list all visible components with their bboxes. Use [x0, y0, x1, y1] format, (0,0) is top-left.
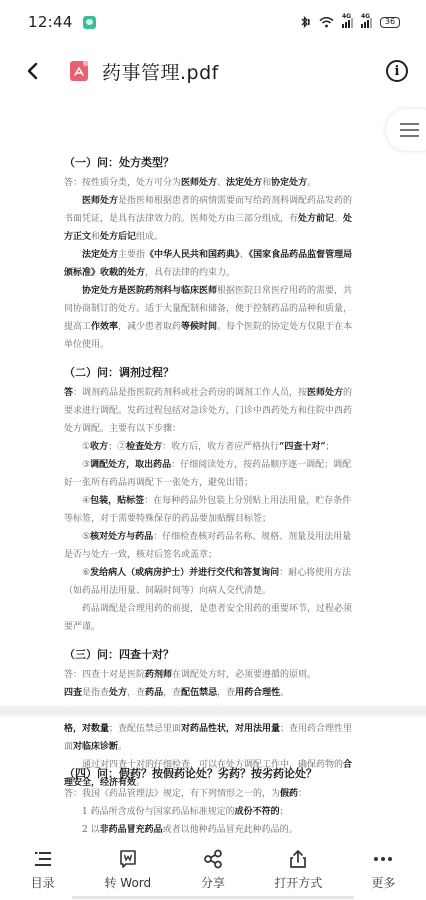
menu-icon	[400, 123, 419, 125]
paragraph: 答：按性质分类，处方可分为医师处方、法定处方和协定处方。	[64, 174, 360, 192]
bluetooth-icon	[299, 16, 311, 28]
cellular-signal-2-icon: 4G	[361, 16, 372, 28]
open-with-button[interactable]: 打开方式	[256, 842, 341, 900]
paragraph: 1 药品所含成份与国家药品标准规定的成份不符的；	[64, 803, 360, 821]
paragraph: 法定处方主要指《中华人民共和国药典》、《国家食品药品监督管理局颁标准》收载的处方…	[64, 246, 360, 282]
more-button[interactable]: 更多	[341, 842, 426, 900]
paragraph: 协定处方是医院药剂科与临床医师根据医院日常医疗用药的需要，共同协商制订的处方。适…	[64, 282, 360, 354]
open-with-icon	[289, 849, 307, 869]
share-label: 分享	[201, 874, 225, 891]
info-button[interactable]: i	[386, 60, 408, 82]
paragraph: ⑥发给病人（或病房护士）并进行交代和答复询问：耐心将使用方法（如药品用法用量、间…	[64, 564, 360, 600]
section-heading: （二）问：调剂过程？	[64, 364, 360, 382]
toc-label: 目录	[31, 874, 55, 891]
status-time: 12:44	[28, 13, 73, 31]
section-heading: （三）问：四查十对？	[64, 646, 360, 664]
back-button[interactable]	[12, 51, 52, 91]
pdf-file-icon	[70, 61, 88, 81]
paragraph: 答：四查十对是医院药剂师在调配处方时，必须要遵循的原则。	[64, 666, 360, 684]
status-icons: 4G 4G 36	[299, 16, 400, 28]
back-arrow-icon	[26, 62, 38, 80]
wifi-icon	[319, 16, 334, 28]
paragraph: 2 以非药品冒充药品或者以他种药品冒充此种药品的。	[64, 821, 360, 839]
page-separator	[0, 705, 426, 717]
convert-word-label: 转 Word	[104, 874, 151, 891]
more-icon	[373, 856, 393, 862]
paragraph: 药品调配是合理用药的前提，是患者安全用药的重要环节，过程必须要严谨。	[64, 600, 360, 636]
paragraph: ④包装，贴标签：在每种药品外包装上分别贴上用法用量，贮存条件等标签，对于需要特殊…	[64, 492, 360, 528]
app-notification-icon	[83, 16, 96, 29]
open-with-label: 打开方式	[274, 874, 322, 891]
section-heading: （一）问：处方类型？	[64, 154, 360, 172]
info-icon: i	[395, 64, 400, 79]
toc-button[interactable]: 目录	[0, 842, 85, 900]
paragraph: ③调配处方，取出药品：仔细阅读处方，按药品顺序逐一调配；调配好一张所有药品再调配…	[64, 456, 360, 492]
share-button[interactable]: 分享	[170, 842, 255, 900]
paragraph: 答：调剂药品是指医院药剂科或社会药房的调剂工作人员，按医师处方的要求进行调配。发…	[64, 384, 360, 438]
cellular-signal-1-icon: 4G	[342, 16, 353, 28]
paragraph: 答：我国《药品管理法》规定，有下列情形之一的，为假药：	[64, 785, 360, 803]
pdf-page-1: （一）问：处方类型？答：按性质分类，处方可分为医师处方、法定处方和协定处方。医师…	[64, 154, 360, 792]
toc-icon	[34, 851, 52, 867]
convert-word-button[interactable]: 转 Word	[85, 842, 170, 900]
word-icon	[119, 849, 137, 869]
app-bar: 药事管理.pdf i	[0, 44, 426, 98]
section-heading: （四）问：假药？按假药论处？劣药？按劣药论处？	[64, 765, 360, 783]
status-bar: 12:44 4G 4G 36	[0, 0, 426, 44]
battery-indicator: 36	[380, 17, 400, 28]
more-label: 更多	[371, 874, 395, 891]
floating-menu-button[interactable]	[385, 108, 426, 152]
paragraph: ①收方；②检查处方：收方后，收方者应严格执行“四查十对”；	[64, 438, 360, 456]
home-indicator	[72, 896, 354, 899]
paragraph: ⑤核对处方与药品：仔细检查核对药品名称、规格、剂量及用法用量是否与处方一致，核对…	[64, 528, 360, 564]
document-title: 药事管理.pdf	[102, 58, 219, 85]
paragraph: 医师处方是指医师根据患者的病情需要而写给药剂科调配药品发药的书面凭证，是具有法律…	[64, 192, 360, 246]
share-icon	[203, 849, 223, 869]
bottom-action-bar: 目录 转 Word 分享 打开方式 更多	[0, 842, 426, 900]
paragraph: 四查是指查处方，查药品，查配伍禁忌，查用药合理性。	[64, 684, 360, 702]
